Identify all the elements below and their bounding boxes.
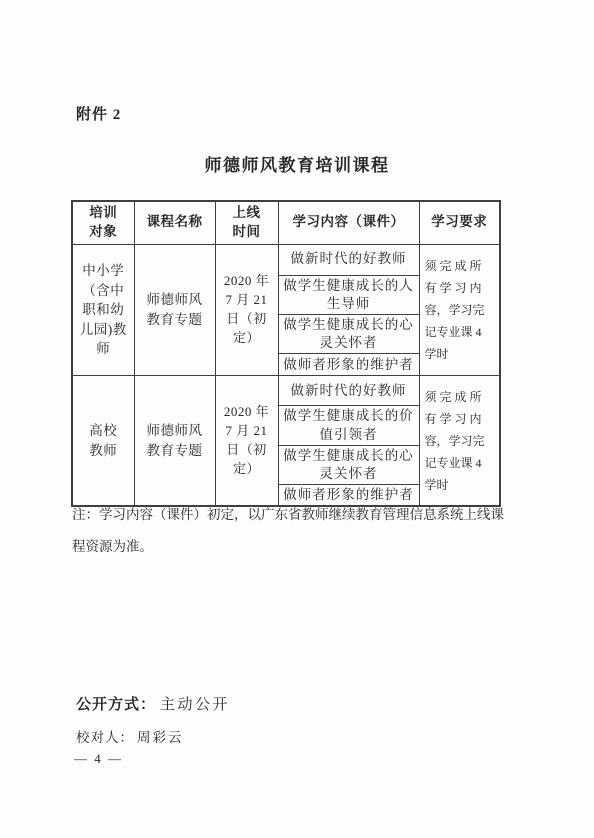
cell-training-target-1: 中小学 （含中 职和幼 儿园)教 师 <box>72 244 134 376</box>
cell-launch-time-1: 2020 年 7 月 21 日（初 定） <box>215 244 278 376</box>
cell-content-1-1: 做新时代的好教师 <box>278 244 419 275</box>
proofreader-label: 校对人： <box>76 730 134 745</box>
cell-requirement-2: 须 完 成 所 有 学 习 内 容，学习完 记专业课 4 学时 <box>419 376 500 507</box>
cell-course-name-1: 师德师风 教育专题 <box>134 244 215 376</box>
table-row: 中小学 （含中 职和幼 儿园)教 师 师德师风 教育专题 2020 年 7 月 … <box>72 244 500 275</box>
cell-content-1-4: 做师者形象的维护者 <box>278 354 419 376</box>
col-header-learning-requirement: 学习要求 <box>419 201 500 244</box>
cell-content-2-3: 做学生健康成长的心 灵关怀者 <box>278 445 419 484</box>
cell-requirement-1: 须 完 成 所 有 学 习 内 容，学习完 记专业课 4 学时 <box>419 244 500 376</box>
disclosure-line: 公开方式：主动公开 <box>76 693 230 714</box>
disclosure-value: 主动公开 <box>160 697 230 713</box>
document-page: 附件 2 师德师风教育培训课程 培训 对象 课程名称 上线 时间 学习内容（课件… <box>0 0 594 838</box>
cell-course-name-2: 师德师风 教育专题 <box>134 376 215 507</box>
table-note: 注：学习内容（课件）初定，以广东省教师继续教育管理信息系统上线课 程资源为准。 <box>72 499 534 563</box>
proofreader-line: 校对人：周彩云 <box>76 726 184 746</box>
table-row: 高校 教师 师德师风 教育专题 2020 年 7 月 21 日（初 定） 做新时… <box>72 376 500 406</box>
proofreader-value: 周彩云 <box>137 730 184 745</box>
cell-training-target-2: 高校 教师 <box>72 376 134 507</box>
page-title: 师德师风教育培训课程 <box>0 151 594 176</box>
cell-content-1-3: 做学生健康成长的心 灵关怀者 <box>278 314 419 353</box>
col-header-training-target: 培训 对象 <box>72 201 134 244</box>
cell-launch-time-2: 2020 年 7 月 21 日（初 定） <box>215 376 278 507</box>
page-number: — 4 — <box>74 751 123 767</box>
col-header-learning-content: 学习内容（课件） <box>278 201 419 244</box>
cell-content-2-2: 做学生健康成长的价 值引领者 <box>278 406 419 445</box>
col-header-course-name: 课程名称 <box>134 201 215 244</box>
attachment-label: 附件 2 <box>76 103 121 124</box>
cell-content-2-1: 做新时代的好教师 <box>278 376 419 406</box>
cell-content-1-2: 做学生健康成长的人 生导师 <box>278 275 419 314</box>
col-header-launch-time: 上线 时间 <box>215 201 278 244</box>
disclosure-label: 公开方式： <box>76 697 156 713</box>
training-course-table: 培训 对象 课程名称 上线 时间 学习内容（课件） 学习要求 中小学 （含中 职… <box>71 200 501 507</box>
table-header-row: 培训 对象 课程名称 上线 时间 学习内容（课件） 学习要求 <box>72 201 500 244</box>
